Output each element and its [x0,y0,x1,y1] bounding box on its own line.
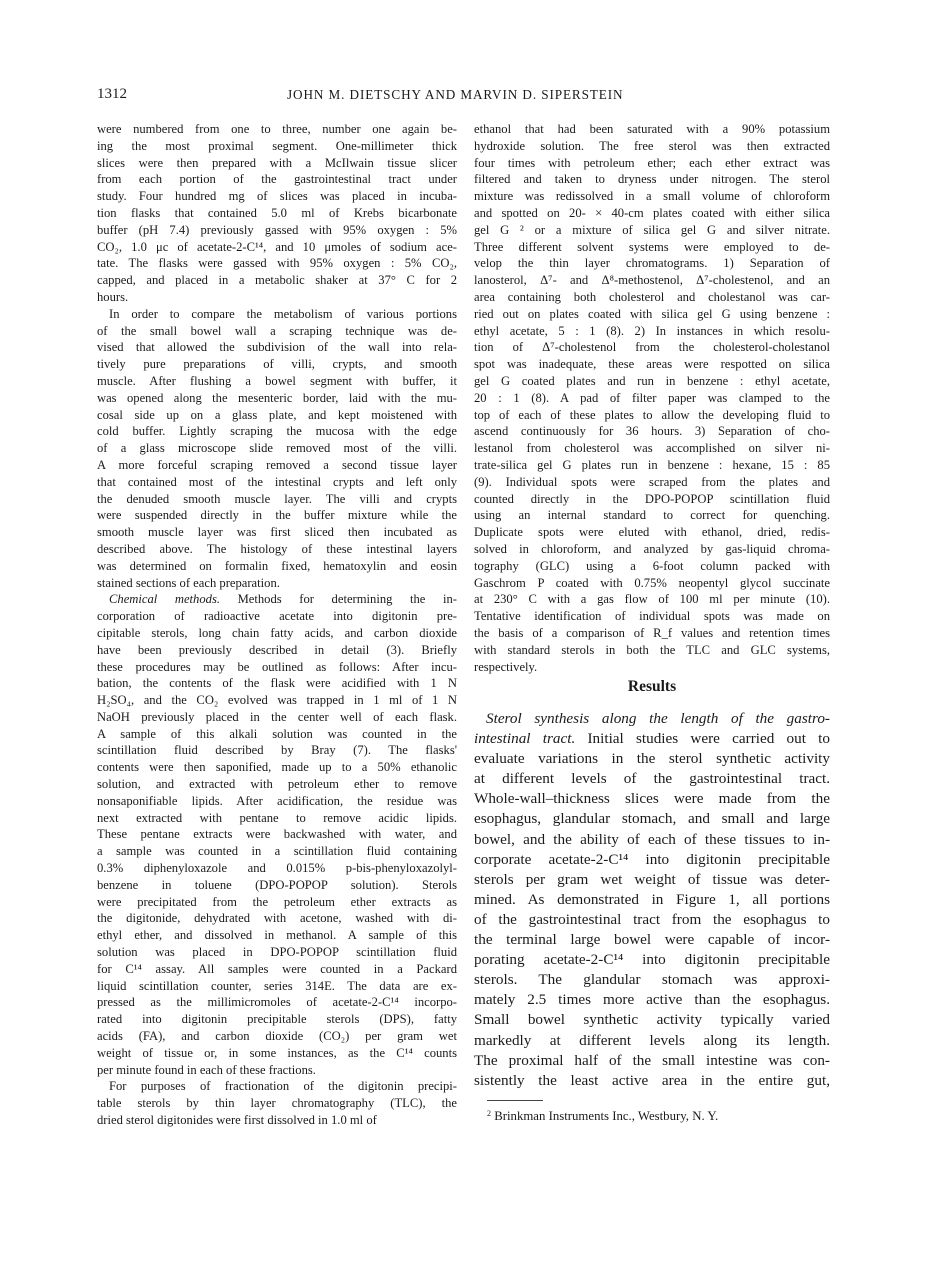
text-line: slices were then prepared with a McIlwai… [97,155,457,172]
text-line: lanosterol, Δ⁷- and Δ⁸-methostenol, Δ⁷-c… [474,272,830,289]
text-line: four times with petroleum ether; each et… [474,155,830,172]
text-line: acids (FA), and carbon dioxide (CO₂) per… [97,1028,457,1045]
text-line: stained sections of each preparation. [97,575,457,592]
text-line: These pentane extracts were backwashed w… [97,826,457,843]
text-line: using an internal standard to correct fo… [474,507,830,524]
text-line: Gaschrom P coated with 0.75% neopentyl g… [474,575,830,592]
footnote: 2 Brinkman Instruments Inc., Westbury, N… [487,1109,718,1124]
text-line: tively pure preparations of villi, crypt… [97,356,457,373]
text-line: next extracted with pentane to remove ac… [97,810,457,827]
text-line: filtered and taken to dryness under nitr… [474,171,830,188]
running-head: JOHN M. DIETSCHY AND MARVIN D. SIPERSTEI… [287,87,623,103]
text-line: bowel, and the ability of each of these … [474,830,830,850]
text-line: NaOH previously placed in the center wel… [97,709,457,726]
text-line: sistently the least active area in the e… [474,1071,830,1091]
section-heading-results: Results [474,678,830,696]
text-line: cold buffer. Lightly scraping the mucosa… [97,423,457,440]
text-line: have been previously described in detail… [97,642,457,659]
text-line: dried sterol digitonides were first diss… [97,1112,457,1129]
text-line: was opened along the mesenteric border, … [97,390,457,407]
page-number: 1312 [97,86,127,103]
text-line: tion flasks that contained 5.0 ml of Kre… [97,205,457,222]
text-line: ried out on plates coated with silica ge… [474,306,830,323]
text-line: hydroxide solution. The free sterol was … [474,138,830,155]
text-line: Duplicate spots were eluted with ethanol… [474,524,830,541]
text-line: ethyl acetate, 5 : 1 (8). 2) In instance… [474,323,830,340]
text-line: of the gastrointestinal tract from the e… [474,910,830,930]
text-line: and spotted on 20- × 40-cm plates coated… [474,205,830,222]
text-line: area containing both cholesterol and cho… [474,289,830,306]
text-line: a sample was counted in a scintillation … [97,843,457,860]
text-line: pressed as the millimicromoles of acetat… [97,994,457,1011]
text-line: solution was placed in DPO-POPOP scintil… [97,944,457,961]
text-line: corporate acetate-2-C¹⁴ into digitonin p… [474,850,830,870]
text-line: (9). Individual spots were scraped from … [474,474,830,491]
text-line: respectively. [474,659,830,676]
text-line: The proximal half of the small intestine… [474,1051,830,1071]
text-line: ethanol that had been saturated with a 9… [474,121,830,138]
text-line: were suspended directly in the buffer mi… [97,507,457,524]
text-line: gel G ² or a mixture of silica gel G and… [474,222,830,239]
results-body: Sterol synthesis along the length of the… [474,709,830,1091]
text-line: sterols. The glandular stomach was appro… [474,970,830,990]
text-line: top of each of these plates to allow the… [474,407,830,424]
text-line: corporation of radioactive acetate into … [97,608,457,625]
text-line: tography (GLC) using a 6-foot column pac… [474,558,830,575]
text-line: spot was inadequate, these areas were re… [474,356,830,373]
text-line: Whole-wall–thickness slices were made fr… [474,789,830,809]
text-line: Chemical methods. Methods for determinin… [97,591,457,608]
text-line: benzene in toluene (DPO-POPOP solution).… [97,877,457,894]
text-line: muscle. After flushing a bowel segment w… [97,373,457,390]
run-in-heading: Chemical methods. [109,592,238,606]
text-line: solved in chloroform, and analyzed by ga… [474,541,830,558]
text-line: mately 2.5 times more active than the es… [474,990,830,1010]
text-line: smooth muscle layer was first sliced the… [97,524,457,541]
text-line: that contained most of the intestinal cr… [97,474,457,491]
text-line: from each portion of the gastrointestina… [97,171,457,188]
text-line: the terminal large bowel were capable of… [474,930,830,950]
text-line: trate-silica gel G plates run in benzene… [474,457,830,474]
text-line: mined. As demonstrated in Figure 1, all … [474,890,830,910]
text-line: described above. The histology of these … [97,541,457,558]
text-line: counted directly in the DPO-POPOP scinti… [474,491,830,508]
text-line: intestinal tract. Initial studies were c… [474,729,830,749]
footnote-divider [487,1100,543,1101]
text-line: For purposes of fractionation of the dig… [97,1078,457,1095]
text-line: the denuded smooth muscle layer. The vil… [97,491,457,508]
text-line: solution, and extracted with petroleum e… [97,776,457,793]
text-line: tion of Δ⁷-cholestenol from the choleste… [474,339,830,356]
text-line: Small bowel synthetic activity typically… [474,1010,830,1030]
text-line: tate. The flasks were gassed with 95% ox… [97,255,457,272]
text-line: buffer (pH 7.4) previously gassed with 9… [97,222,457,239]
text-line: rated into digitonin precipitable sterol… [97,1011,457,1028]
text-line: at different levels of the gastrointesti… [474,769,830,789]
text-line: H₂SO₄, and the CO₂ evolved was trapped i… [97,692,457,709]
text-line: mixture was redissolved in a small volum… [474,188,830,205]
left-column: were numbered from one to three, number … [97,121,457,1129]
text-line: contents were then saponified, made up t… [97,759,457,776]
text-line: at 230° C with a gas flow of 100 ml per … [474,591,830,608]
text-line: per minute found in each of these fracti… [97,1062,457,1079]
text-line: the basis of a comparison of R_f values … [474,625,830,642]
text-line: were numbered from one to three, number … [97,121,457,138]
text-line: A more forceful scraping removed a secon… [97,457,457,474]
text-line: CO₂, 1.0 μc of acetate-2-C¹⁴, and 10 μmo… [97,239,457,256]
text-line: table sterols by thin layer chromatograp… [97,1095,457,1112]
text-line: gel G coated plates and run in benzene :… [474,373,830,390]
text-line: esophagus, glandular stomach, and small … [474,809,830,829]
text-line: Three different solvent systems were emp… [474,239,830,256]
text-line: evaluate variations in the sterol synthe… [474,749,830,769]
text-line: 0.3% diphenyloxazole and 0.015% p-bis-ph… [97,860,457,877]
text-line: In order to compare the metabolism of va… [97,306,457,323]
text-line: scintillation fluid described by Bray (7… [97,742,457,759]
results-subheading: Sterol synthesis along the length of the… [474,709,830,729]
footnote-text: Brinkman Instruments Inc., Westbury, N. … [491,1109,718,1123]
text-line: bation, the contents of the flask were a… [97,675,457,692]
text-line: nonsaponifiable lipids. After acidificat… [97,793,457,810]
text-line: cosal side up on a glass plate, and kept… [97,407,457,424]
text-line: weight of tissue or, in some instances, … [97,1045,457,1062]
text-line: cipitable sterols, long chain fatty acid… [97,625,457,642]
text-line: A sample of this alkali solution was cou… [97,726,457,743]
text-line: hours. [97,289,457,306]
text-line: ascend continuously for 36 hours. 3) Sep… [474,423,830,440]
text-line: of a glass microscope slide removed most… [97,440,457,457]
text-line: sterols per gram wet weight of tissue wa… [474,870,830,890]
text-line: Tentative identification of individual s… [474,608,830,625]
text-line: markedly at different levels along its l… [474,1031,830,1051]
text-line: 20 : 1 (8). A pad of filter paper was cl… [474,390,830,407]
text-line: vised that allowed the subdivision of th… [97,339,457,356]
text-line: with standard sterols in both the TLC an… [474,642,830,659]
text-line: these procedures may be outlined as foll… [97,659,457,676]
text-line: porating acetate-2-C¹⁴ into digitonin pr… [474,950,830,970]
text-line: liquid scintillation counter, series 314… [97,978,457,995]
text-line: of the small bowel wall a scraping techn… [97,323,457,340]
text-line: capped, and placed in a metabolic shaker… [97,272,457,289]
text-line: for C¹⁴ assay. All samples were counted … [97,961,457,978]
text-line: the digitonide, dehydrated with acetone,… [97,910,457,927]
text-line: velop the thin layer chromatograms. 1) S… [474,255,830,272]
text-line: lestanol from cholesterol was accomplish… [474,440,830,457]
text-line: study. Four hundred mg of slices was pla… [97,188,457,205]
text-line: ing the most proximal segment. One-milli… [97,138,457,155]
text-line: ethyl ether, and dissolved in methanol. … [97,927,457,944]
right-column: ethanol that had been saturated with a 9… [474,121,830,675]
text-line: were precipitated from the petroleum eth… [97,894,457,911]
text-line: was determined on formalin fixed, hemato… [97,558,457,575]
